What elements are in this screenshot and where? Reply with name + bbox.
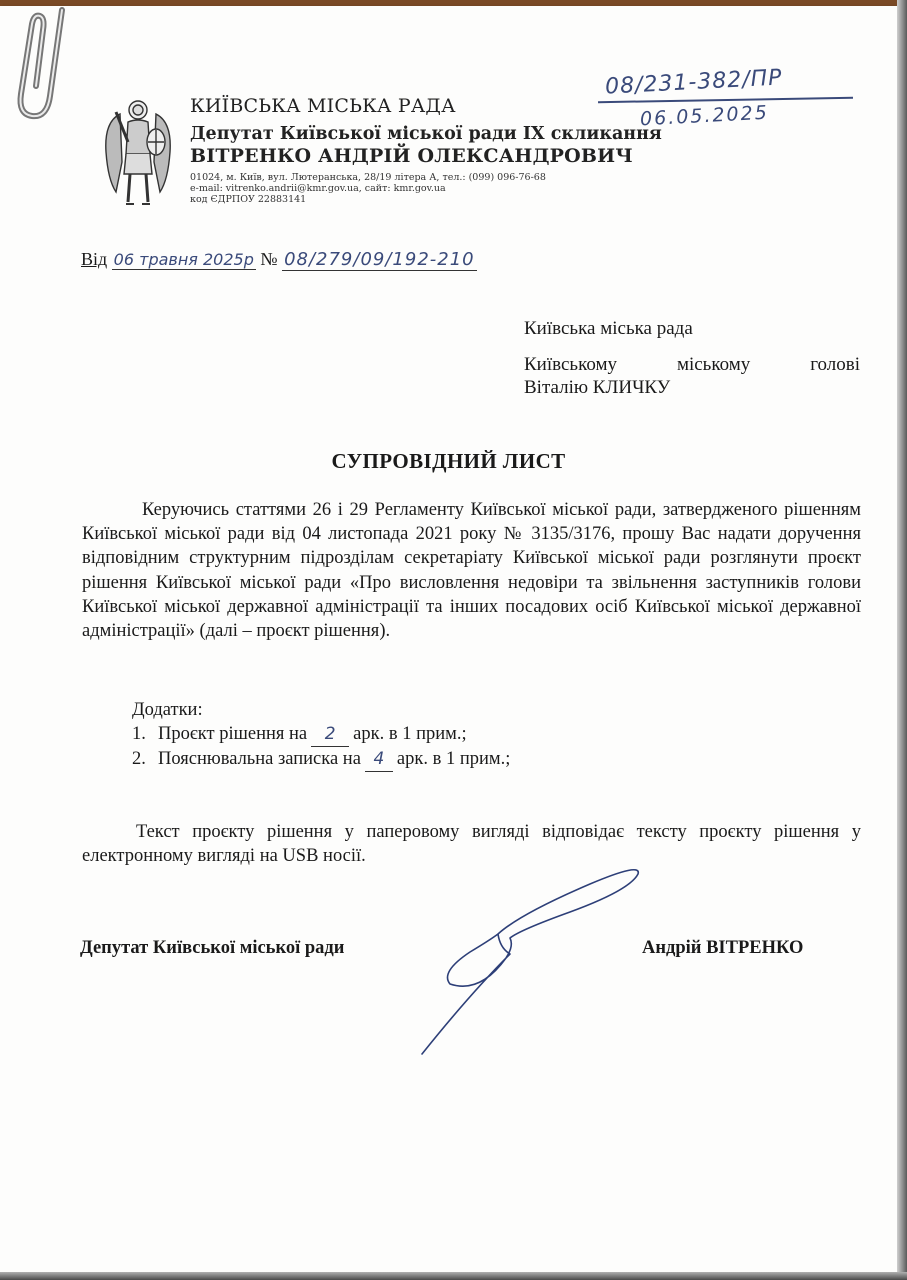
addressee-name: Віталію КЛИЧКУ [524,376,860,399]
registration-number: 08/231-382/ПР [604,65,783,99]
addressee-word: міському [677,353,750,376]
addressee-position: Київському міському голові [524,353,860,376]
signatory-role: Депутат Київської міської ради [80,938,344,959]
body-text: Керуючись статтями 26 і 29 Регламенту Ки… [82,498,861,643]
sheet-count-field: 2 [311,722,349,747]
attachments: Додатки: 1. Проєкт рішення на 2 арк. в 1… [132,698,510,772]
deputy-title: Депутат Київської міської ради ІХ склика… [190,124,662,144]
page-edge-shadow [0,1272,907,1280]
council-name: КИЇВСЬКА МІСЬКА РАДА [190,95,456,117]
outgoing-date: 06 травня 2025р [112,250,256,270]
contact-line: e-mail: vitrenko.andrii@kmr.gov.ua, сайт… [190,183,446,194]
addressee-word: Київському [524,353,617,376]
number-label: № [260,249,277,269]
attachment-item: 1. Проєкт рішення на 2 арк. в 1 прим.; [132,722,510,747]
registration-date: 06.05.2025 [640,102,770,131]
addressee-org: Київська міська рада [524,317,860,340]
handwritten-signature-icon [410,854,650,1064]
edrpou-line: код ЄДРПОУ 22883141 [190,194,306,205]
outgoing-number: 08/279/09/192-210 [282,249,477,271]
body-paragraph: Керуючись статтями 26 і 29 Регламенту Ки… [82,498,861,643]
page-edge-shadow [897,0,907,1280]
archangel-michael-emblem-icon [98,92,178,210]
outgoing-reference: Від 06 травня 2025р № 08/279/09/192-210 [81,249,477,271]
attachments-heading: Додатки: [132,698,510,722]
paperclip-icon [10,6,70,126]
signatory-name: Андрій ВІТРЕНКО [642,938,803,959]
deputy-name: ВІТРЕНКО АНДРІЙ ОЛЕКСАНДРОВИЧ [190,145,633,167]
sheet-count-field: 4 [365,747,393,772]
attachment-item: 2. Пояснювальна записка на 4 арк. в 1 пр… [132,747,510,772]
address-line: 01024, м. Київ, вул. Лютеранська, 28/19 … [190,172,546,183]
letter-page: КИЇВСЬКА МІСЬКА РАДА Депутат Київської м… [0,6,897,1274]
addressee-word: голові [810,353,860,376]
document-title: СУПРОВІДНИЙ ЛИСТ [0,449,897,474]
from-label: Від [81,249,107,269]
